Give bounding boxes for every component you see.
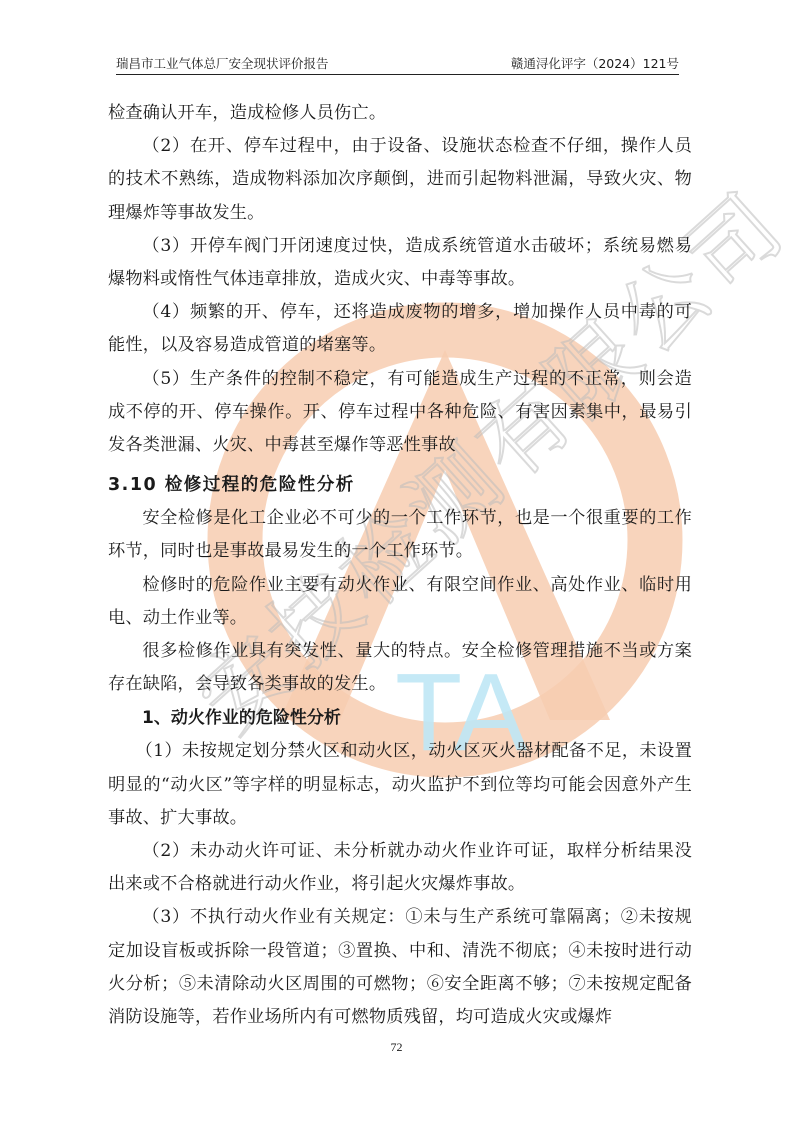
paragraph: 安全检修是化工企业必不可少的一个工作环节，也是一个很重要的工作环节，同时也是事故… <box>108 502 692 568</box>
paragraph: 检查确认开车，造成检修人员伤亡。 <box>108 97 692 130</box>
document-code: 赣通浔化评字（2024）121号 <box>511 56 679 72</box>
paragraph: （3）不执行动火作业有关规定：①未与生产系统可靠隔离；②未按规定加设盲板或拆除一… <box>108 901 692 1034</box>
page-body: 检查确认开车，造成检修人员伤亡。 （2）在开、停车过程中，由于设备、设施状态检查… <box>108 97 692 1034</box>
subsection-heading: 1、动火作业的危险性分析 <box>108 701 692 735</box>
report-title: 瑞昌市工业气体总厂安全现状评价报告 <box>116 56 329 72</box>
paragraph: 检修时的危险作业主要有动火作业、有限空间作业、高处作业、临时用电、动土作业等。 <box>108 569 692 635</box>
paragraph: （1）未按规定划分禁火区和动火区，动火区灭火器材配备不足，未设置明显的“动火区”… <box>108 735 692 835</box>
paragraph: （2）未办动火许可证、未分析就办动火作业许可证，取样分析结果没出来或不合格就进行… <box>108 835 692 901</box>
running-header: 瑞昌市工业气体总厂安全现状评价报告 赣通浔化评字（2024）121号 <box>116 56 679 75</box>
paragraph: （4）频繁的开、停车，还将造成废物的增多，增加操作人员中毒的可能性，以及容易造成… <box>108 296 692 362</box>
paragraph: （5）生产条件的控制不稳定，有可能造成生产过程的不正常，则会造成不停的开、停车操… <box>108 363 692 463</box>
section-heading: 3.10 检修过程的危险性分析 <box>108 468 692 502</box>
paragraph: （2）在开、停车过程中，由于设备、设施状态检查不仔细，操作人员的技术不熟练，造成… <box>108 130 692 230</box>
paragraph: （3）开停车阀门开闭速度过快，造成系统管道水击破坏；系统易燃易爆物料或惰性气体违… <box>108 230 692 296</box>
paragraph: 很多检修作业具有突发性、量大的特点。安全检修管理措施不当或方案存在缺陷，会导致各… <box>108 635 692 701</box>
page-number: 72 <box>0 1040 793 1055</box>
